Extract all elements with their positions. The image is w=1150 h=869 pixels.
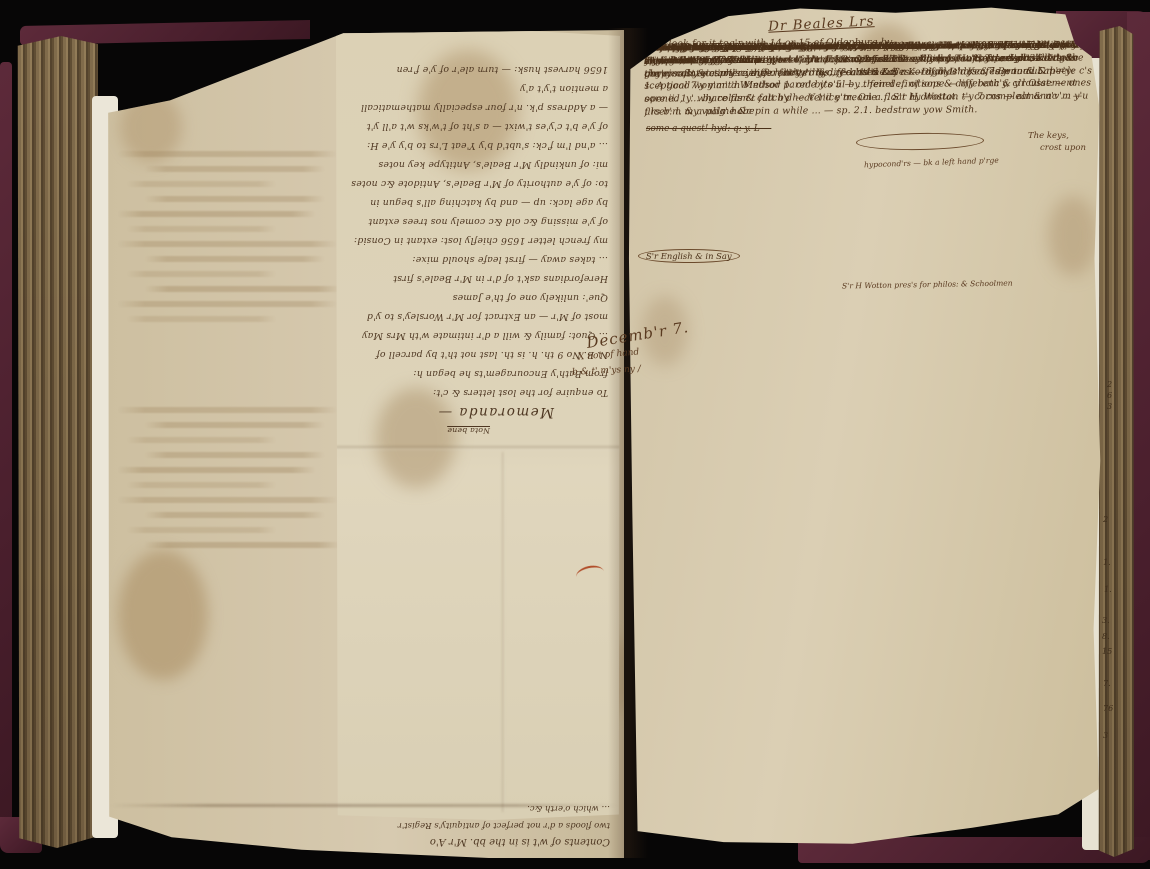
left-fore-edge-pages xyxy=(16,36,98,848)
bleed-through-text-upper xyxy=(118,142,338,331)
fore-edge-number: 76 xyxy=(1103,704,1123,713)
letter-line: … which o'erth &c. xyxy=(380,799,610,816)
letter-line: … a'nd l'm f'ck: s'ubt'd b'y Y'eat L'rs … xyxy=(344,136,608,155)
left-page-bottom-notes: Contents of w't is in the bb. M'r A'otwo… xyxy=(380,792,610,850)
fold-crease-vertical xyxy=(502,452,505,812)
fore-edge-number: 15 xyxy=(1102,647,1122,656)
letter-line: most of M'r — an Extract for M'r Worsley… xyxy=(344,307,608,326)
letter-line: To enquire for the lost letters & c't: xyxy=(344,383,608,402)
fore-edge-number: 8. xyxy=(1102,632,1122,641)
margin-note-keys: The keys, xyxy=(1028,131,1069,141)
letter-line: my french letter 1656 chiefly lost: exta… xyxy=(344,231,608,250)
letter-line: a mention t'y't a'y xyxy=(344,79,608,98)
inserted-letter-text: Nota beneMemoranda —To enquire for the l… xyxy=(344,36,608,440)
letter-line: N. B. No 9 th. h. is th. last not th't b… xyxy=(344,345,608,364)
fore-edge-number: 2 xyxy=(1107,380,1127,389)
letter-line: Nota bene xyxy=(344,421,490,440)
letter-line: two floods a d'r not perfect of antiquit… xyxy=(380,816,610,833)
fore-edge-number: 3. xyxy=(1102,616,1122,625)
fore-edge-number: 7. xyxy=(1103,679,1123,688)
manuscript-book-photo: 263 21.1.3.8.157.763 Nota beneMemoranda … xyxy=(0,0,1150,869)
circled-phrase: S'r English & in Say xyxy=(638,249,740,263)
letter-line: Contents of w't is in the bb. M'r A'o xyxy=(380,833,610,850)
struck-through-line: some a quest! hyd: q: y. L — xyxy=(646,124,771,134)
right-fore-edge-pages: 263 21.1.3.8.157.763 xyxy=(1098,26,1134,857)
letter-line: … Quot: family & will a d'r intimate w't… xyxy=(344,326,608,345)
fore-edge-number: 3 xyxy=(1103,731,1123,740)
letter-line: by age lack: up — and by katching all's … xyxy=(344,193,608,212)
letter-line: … takes away — first leafe should mixe: xyxy=(344,250,608,269)
letter-line: Que': unlikely one of th'e James xyxy=(344,288,608,307)
page-crease xyxy=(110,804,618,807)
inserted-letter: Nota beneMemoranda —To enquire for the l… xyxy=(336,28,620,820)
margin-note-keys-2: crost upon xyxy=(1040,143,1086,153)
fore-edge-number: 6 xyxy=(1107,391,1127,400)
letter-line: — a Address p'k. n'r four especially mat… xyxy=(344,98,608,117)
fore-edge-number: 1. xyxy=(1104,585,1124,594)
fore-edge-number: 3 xyxy=(1107,402,1127,411)
letter-line: 1656 harvest husk: — turn ale'r of y'e f… xyxy=(344,60,608,79)
paper-stain xyxy=(118,550,208,680)
letter-line: to: of y'e authority of M'r Beale's, Ant… xyxy=(344,174,608,193)
book-cover-left-edge xyxy=(0,62,12,840)
fore-edge-number: 2 xyxy=(1103,515,1123,524)
letter-line: Memoranda — xyxy=(344,402,554,421)
letter-line: from Bath'y Encouragem'ts he began h: xyxy=(344,364,608,383)
letter-line: of y'e b't c'y'es t'wixt — a s'ht of t'w… xyxy=(344,117,608,136)
fold-crease-horizontal xyxy=(336,446,620,450)
letter-index-list: No. 1.Sep. 16 - 1658.not to Mr Boyles — … xyxy=(644,35,1094,42)
letter-line: mi: of unkindly M'r Beale's, Antitype ke… xyxy=(344,155,608,174)
entry-text: of D'r T' y' particul'rs, y'r B's writin… xyxy=(644,39,1094,68)
paper-stain xyxy=(1048,196,1098,276)
left-page: Nota beneMemoranda —To enquire for the l… xyxy=(104,30,624,858)
fore-edge-number: 1. xyxy=(1103,558,1123,567)
letter-line: of y'e missing &c old &c comely nos tree… xyxy=(344,212,608,231)
bleed-through-text-lower xyxy=(118,398,338,557)
letter-line: Herefordians ask't of d'r in M'r Beale's… xyxy=(344,269,608,288)
